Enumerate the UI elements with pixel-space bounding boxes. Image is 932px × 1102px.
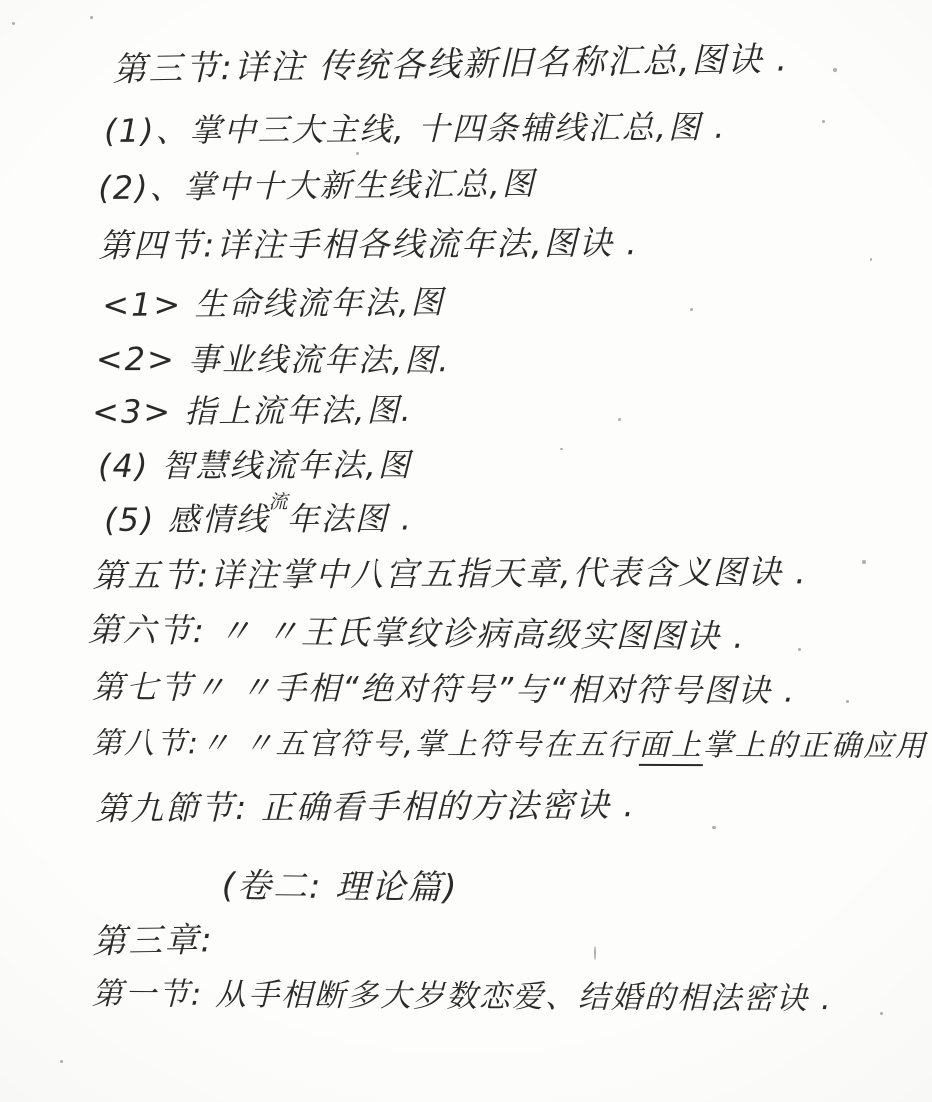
paper-speck xyxy=(690,308,693,311)
paper-speck xyxy=(862,560,866,564)
paper-speck xyxy=(712,826,716,829)
line-text-post: 掌上的正确应用 xyxy=(703,728,927,764)
paper-speck xyxy=(880,1012,883,1015)
line-text-post: 年法图 . xyxy=(287,499,414,538)
inserted-char: 流 xyxy=(268,487,287,514)
toc-line-item-1: (1)、掌中三大主线, 十四条辅线汇总,图 . xyxy=(104,102,727,152)
chapter-3-section-1: 第一节: 从手相断多大岁数恋爱、结婚的相法密诀 . xyxy=(92,968,833,1018)
paper-speck xyxy=(560,448,563,450)
paper-speck xyxy=(870,258,872,261)
volume-2-heading: (卷二: 理论篇) xyxy=(222,858,459,909)
toc-line-section-4: 第四节:详注手相各线流年法,图诀 . xyxy=(98,217,639,267)
toc-line-section-7: 第七节〃 〃手相“绝对符号”与“相对符号图诀 . xyxy=(92,662,796,712)
toc-line-section-6: 第六节: 〃 〃王氏掌纹诊病高级实图图诀 . xyxy=(88,604,747,658)
manuscript-page: 第三节:详注 传统各线新旧名称汇总,图诀 . (1)、掌中三大主线, 十四条辅线… xyxy=(0,0,932,1102)
toc-line-section-9: 第九節节: 正确看手相的方法密诀 . xyxy=(95,779,636,830)
underlined-text: 面上 xyxy=(639,728,703,766)
paper-speck xyxy=(618,418,621,421)
paper-speck xyxy=(594,946,596,960)
toc-line-section-8: 第八节:〃 〃五官符号,掌上符号在五行面上掌上的正确应用 xyxy=(92,718,927,765)
toc-line-subitem-3: <3> 指上流年法,图. xyxy=(92,385,413,433)
paper-speck xyxy=(833,68,837,72)
toc-line-subitem-4: (4) 智慧线流年法,图 xyxy=(98,440,412,487)
paper-speck xyxy=(846,700,849,703)
paper-speck xyxy=(798,648,801,651)
line-text-pre: 第八节:〃 〃五官符号,掌上符号在五行 xyxy=(92,726,639,763)
paper-speck xyxy=(822,120,825,123)
paper-speck xyxy=(60,1060,63,1063)
toc-line-subitem-5: (5) 感情线流年法图 . xyxy=(104,493,413,541)
toc-line-section-3: 第三节:详注 传统各线新旧名称汇总,图诀 . xyxy=(112,31,789,91)
chapter-3-heading: 第三章: xyxy=(92,912,214,963)
toc-line-item-2: (2)、掌中十大新生线汇总,图 xyxy=(98,158,536,209)
paper-speck xyxy=(356,152,359,155)
paper-speck xyxy=(12,22,15,25)
line-text-pre: (5) 感情线 xyxy=(104,500,270,539)
toc-line-section-5: 第五节:详注掌中八宫五指天章,代表含义图诀 . xyxy=(92,546,808,597)
toc-line-subitem-2: <2> 事业线流年法,图. xyxy=(96,334,451,381)
toc-line-subitem-1: <1> 生命线流年法,图 xyxy=(102,277,445,326)
paper-speck xyxy=(90,16,93,19)
